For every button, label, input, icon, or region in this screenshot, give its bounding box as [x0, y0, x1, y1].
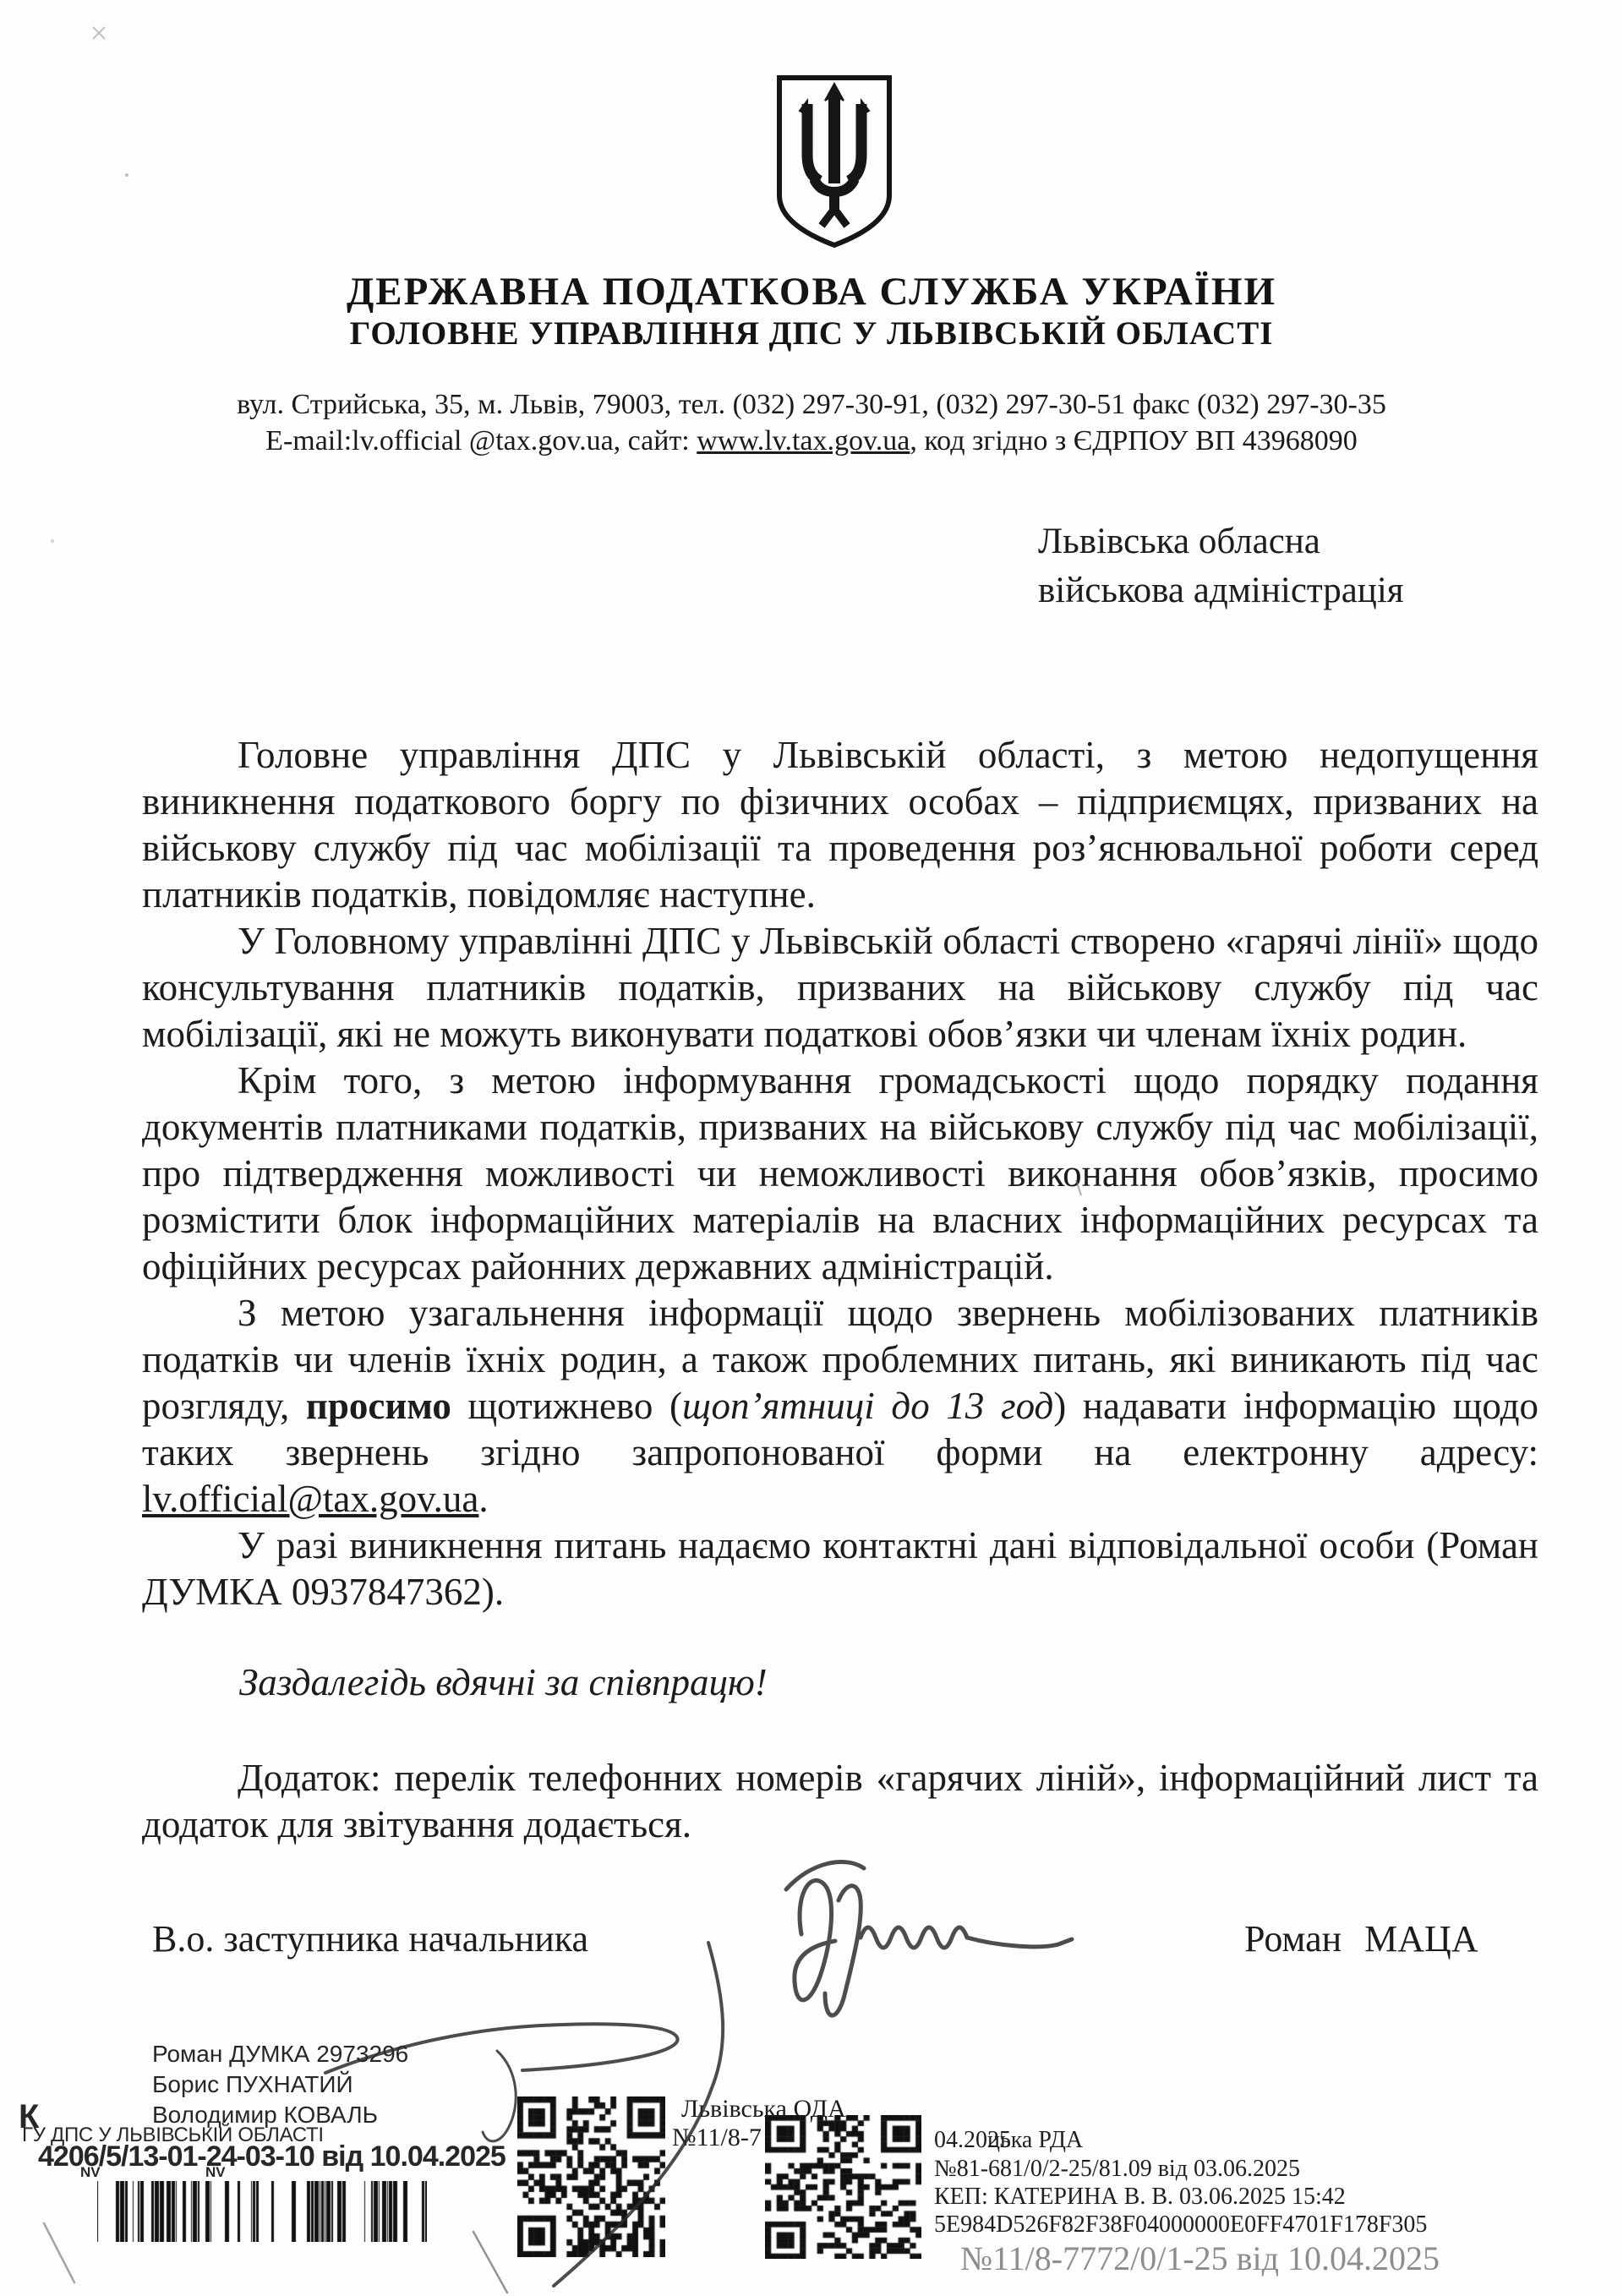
- pen-flourish: [0, 1843, 1623, 2296]
- paragraph-5: У разі виникнення питань надаємо контакт…: [142, 1522, 1538, 1615]
- paragraph-4: З метою узагальнення інформації щодо зве…: [142, 1290, 1538, 1522]
- closing-thanks-line: Заздалегідь вдячні за співпрацю!: [239, 1660, 768, 1704]
- p4-bold-word: просимо: [306, 1385, 451, 1427]
- scan-artifacts: [0, 0, 1623, 1268]
- p4-email-address: lv.official@tax.gov.ua: [142, 1478, 478, 1520]
- p4-italic-deadline: щоп’ятниці до 13 год: [682, 1385, 1053, 1427]
- scanned-letter-page: ДЕРЖАВНА ПОДАТКОВА СЛУЖБА УКРАЇНИ ГОЛОВН…: [0, 0, 1623, 2296]
- p4-text2: щотижнево (: [451, 1385, 682, 1427]
- p4-period: .: [478, 1478, 488, 1520]
- attachment-note: Додаток: перелік телефонних номерів «гар…: [142, 1755, 1538, 1848]
